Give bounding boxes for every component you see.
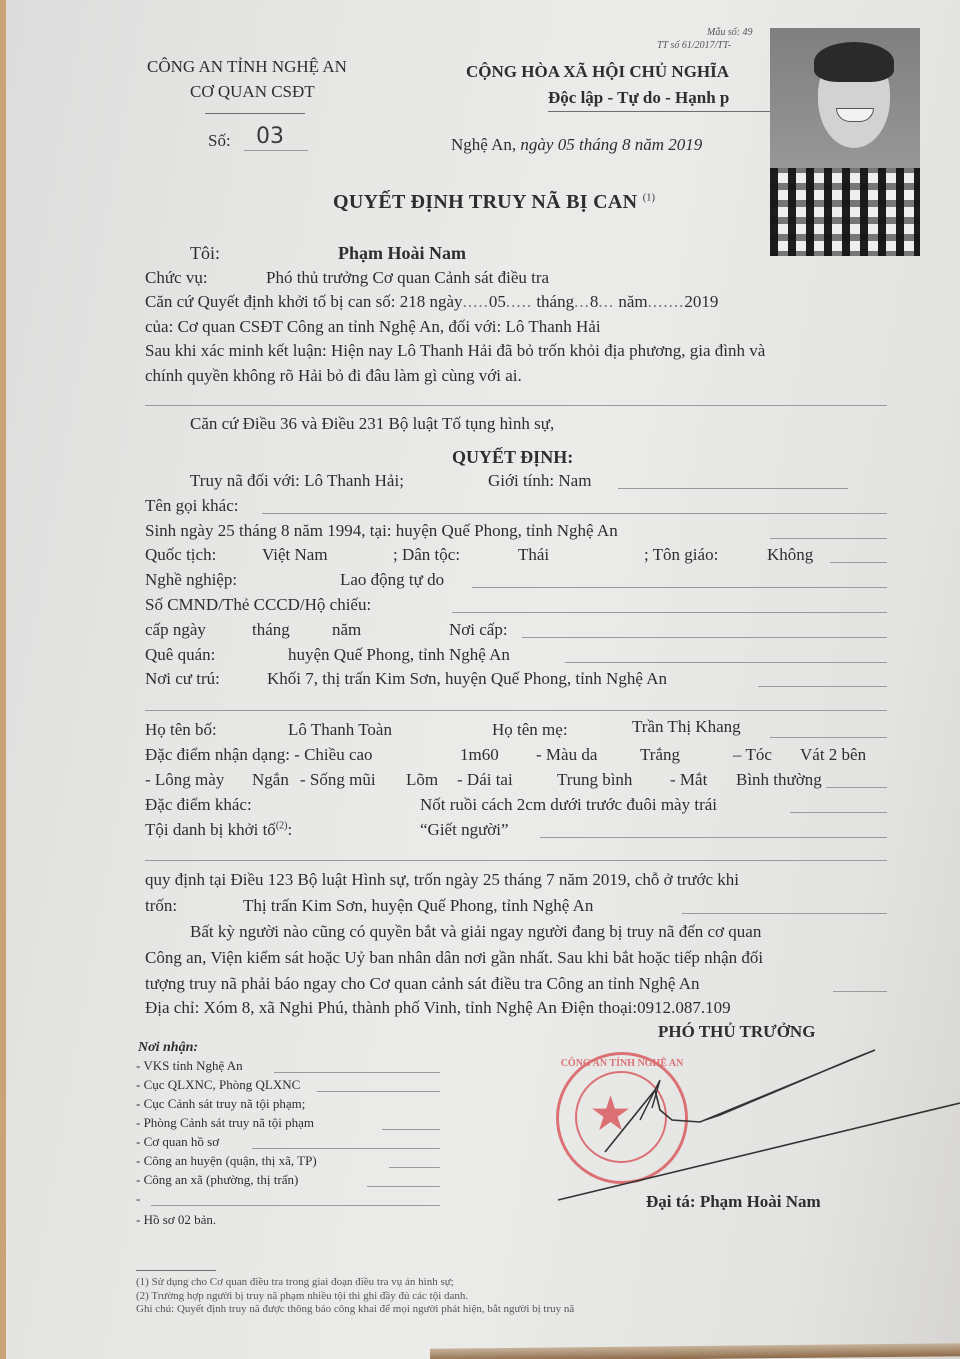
hometown-value: huyện Quế Phong, tỉnh Nghệ An <box>288 645 510 665</box>
date-place: Nghệ An, <box>451 135 516 154</box>
law-line: quy định tại Điều 123 Bộ luật Hình sự, t… <box>145 870 739 890</box>
birth-line: Sinh ngày 25 tháng 8 năm 1994, tại: huyệ… <box>145 521 618 541</box>
gender-fill-line <box>618 488 848 489</box>
ident-label: Đặc điểm nhận dạng: - Chiều cao <box>145 745 373 765</box>
issue-day-label: cấp ngày <box>145 620 206 640</box>
notice-fill-line <box>833 991 887 992</box>
document-number-value: 03 <box>256 124 284 149</box>
agency-line-2: CƠ QUAN CSĐT <box>190 82 315 102</box>
recipient-fill-line <box>367 1186 440 1187</box>
issuer-label: Tôi: <box>190 243 220 264</box>
charge-value: “Giết người” <box>420 820 509 840</box>
suspect-photo <box>770 28 920 256</box>
document-number-label: Số: <box>208 131 231 151</box>
gender-field: Giới tính: Nam <box>488 471 591 491</box>
alias-fill-line <box>262 513 887 514</box>
header-divider-right <box>548 111 770 112</box>
address-line: Địa chỉ: Xóm 8, xã Nghi Phú, thành phố V… <box>145 998 731 1018</box>
mother-label: Họ tên mẹ: <box>492 720 568 740</box>
brow-value: Ngắn <box>252 770 289 790</box>
recipient-item: - Công an xã (phường, thị trấn) <box>136 1172 298 1188</box>
hair-label: – Tóc <box>733 745 772 765</box>
birth-day: 25 <box>218 521 235 540</box>
issuer-name: Phạm Hoài Nam <box>338 243 466 264</box>
signature-title: PHÓ THỦ TRƯỞNG <box>658 1022 815 1042</box>
footnote-divider <box>136 1270 216 1271</box>
birth-month: 8 <box>281 521 290 540</box>
verify-line-2: chính quyền không rõ Hải bỏ đi đâu làm g… <box>145 366 522 386</box>
id-label: Số CMND/Thẻ CCCD/Hộ chiếu: <box>145 595 371 615</box>
basis-day: 05 <box>489 292 506 311</box>
ethnicity-label: ; Dân tộc: <box>393 545 460 565</box>
issue-month-label: tháng <box>252 620 290 640</box>
blank-line-2 <box>145 710 887 711</box>
legal-basis: Căn cứ Điều 36 và Điều 231 Bộ luật Tố tụ… <box>190 414 554 434</box>
form-code-line-1: Mẫu số: 49 <box>707 27 753 38</box>
republic-line-1: CỘNG HÒA XÃ HỘI CHỦ NGHĨA <box>466 62 729 82</box>
birth-day-label: Sinh ngày <box>145 521 213 540</box>
position-label: Chức vụ: <box>145 268 208 288</box>
notice-line-1: Bất kỳ người nào cũng có quyền bắt và gi… <box>190 922 761 942</box>
religion-value: Không <box>767 545 813 565</box>
residence-value: Khối 7, thị trấn Kim Sơn, huyện Quế Phon… <box>267 669 667 689</box>
basis-year-label: năm <box>618 292 647 311</box>
birth-fill-line <box>770 538 887 539</box>
religion-label: ; Tôn giáo: <box>644 545 718 565</box>
hair-value: Vát 2 bên <box>800 745 866 765</box>
title-superscript: (1) <box>643 192 656 203</box>
issue-place-label: Nơi cấp: <box>449 620 508 640</box>
charge-colon: : <box>287 820 292 839</box>
recipient-fill-line <box>389 1167 440 1168</box>
eye-fill-line <box>826 787 887 788</box>
notice-line-2: Công an, Viện kiểm sát hoặc Uỷ ban nhân … <box>145 948 763 968</box>
basis-line: Căn cứ Quyết định khởi tố bị can số: 218… <box>145 292 718 312</box>
footnote-item: (2) Trường hợp người bị truy nã phạm nhi… <box>136 1290 468 1302</box>
recipient-fill-line <box>317 1091 440 1092</box>
date-text: ngày 05 tháng 8 năm 2019 <box>520 135 702 154</box>
occupation-value: Lao động tự do <box>340 570 444 590</box>
notice-line-3: tượng truy nã phải báo ngay cho Cơ quan … <box>145 974 700 994</box>
signer-name: Đại tá: Phạm Hoài Nam <box>646 1192 821 1212</box>
father-value: Lô Thanh Toàn <box>288 720 392 740</box>
other-value: Nốt ruồi cách 2cm dưới trước đuôi mày tr… <box>420 795 717 815</box>
other-fill-line <box>790 812 887 813</box>
escape-fill-line <box>682 913 887 914</box>
residence-fill-line <box>758 686 887 687</box>
skin-value: Trắng <box>640 745 680 765</box>
ear-label: - Dái tai <box>457 770 513 790</box>
recipient-fill-line <box>252 1148 440 1149</box>
basis-day-label: ngày <box>430 292 463 311</box>
eye-value: Bình thường <box>736 770 822 790</box>
blank-line-3 <box>145 860 887 861</box>
birth-place: tại: huyện Quế Phong, tỉnh Nghệ An <box>370 521 618 540</box>
height-value: 1m60 <box>460 745 499 765</box>
recipient-fill-line <box>274 1072 440 1073</box>
charge-label-text: Tội danh bị khởi tố <box>145 820 276 839</box>
gender-label: Giới tính: <box>488 471 554 490</box>
recipient-item: - Hồ sơ 02 bản. <box>136 1212 216 1228</box>
eye-label: - Mắt <box>670 770 707 790</box>
charge-superscript: (2) <box>276 820 288 831</box>
occupation-label: Nghề nghiệp: <box>145 570 237 590</box>
blank-line <box>145 405 887 406</box>
basis-month-label: tháng <box>536 292 574 311</box>
alias-label: Tên gọi khác: <box>145 496 238 516</box>
nationality-value: Việt Nam <box>262 545 328 565</box>
mother-fill-line <box>770 737 887 738</box>
footnote-item: Ghi chú: Quyết định truy nã được thông b… <box>136 1303 574 1315</box>
birth-year: năm 1994, <box>294 521 366 540</box>
agency-line-1: CÔNG AN TỈNH NGHỆ AN <box>147 57 347 77</box>
skin-label: - Màu da <box>536 745 597 765</box>
official-stamp: CÔNG AN TỈNH NGHỆ AN ★ <box>556 1052 688 1184</box>
basis-label: Căn cứ Quyết định khởi tố bị can số: <box>145 292 396 311</box>
nose-label: - Sống mũi <box>300 770 376 790</box>
recipient-item: - <box>136 1191 140 1207</box>
document-date: Nghệ An, ngày 05 tháng 8 năm 2019 <box>451 135 702 155</box>
hometown-fill-line <box>565 662 887 663</box>
father-label: Họ tên bố: <box>145 720 217 740</box>
hometown-label: Quê quán: <box>145 645 215 665</box>
number-fill-line <box>244 150 308 151</box>
recipient-item: - Phòng Cảnh sát truy nã tội phạm <box>136 1115 314 1131</box>
recipient-item: - Cơ quan hồ sơ <box>136 1134 219 1150</box>
birth-month-label: tháng <box>239 521 277 540</box>
recipient-fill-line <box>382 1129 440 1130</box>
title-text: QUYẾT ĐỊNH TRUY NÃ BỊ CAN <box>333 191 637 213</box>
charge-fill-line <box>540 837 887 838</box>
issue-year-label: năm <box>332 620 361 640</box>
charge-label: Tội danh bị khởi tố(2): <box>145 820 292 840</box>
religion-fill-line <box>830 562 887 563</box>
escape-value: Thị trấn Kim Sơn, huyện Quế Phong, tỉnh … <box>243 896 593 916</box>
footnote-item: (1) Sử dụng cho Cơ quan điều tra trong g… <box>136 1276 454 1288</box>
document-title: QUYẾT ĐỊNH TRUY NÃ BỊ CAN (1) <box>333 191 655 214</box>
ethnicity-value: Thái <box>518 545 549 565</box>
nose-value: Lõm <box>406 770 438 790</box>
stamp-text: CÔNG AN TỈNH NGHỆ AN <box>559 1058 685 1069</box>
header-divider-left <box>205 113 305 114</box>
ear-value: Trung bình <box>557 770 632 790</box>
issue-place-fill-line <box>522 637 887 638</box>
gender-value: Nam <box>558 471 591 490</box>
recipient-item: - VKS tỉnh Nghệ An <box>136 1058 243 1074</box>
basis-year: 2019 <box>684 292 718 311</box>
form-code-line-2: TT số 61/2017/TT- <box>657 40 731 51</box>
decision-heading: QUYẾT ĐỊNH: <box>452 447 573 468</box>
residence-label: Nơi cư trú: <box>145 669 220 689</box>
escape-label: trốn: <box>145 896 177 916</box>
verify-line-1: Sau khi xác minh kết luận: Hiện nay Lô T… <box>145 341 765 361</box>
recipient-item: - Công an huyện (quận, thị xã, TP) <box>136 1153 317 1169</box>
star-icon: ★ <box>589 1091 632 1139</box>
mother-value: Trần Thị Khang <box>632 717 741 737</box>
recipients-heading: Nơi nhận: <box>138 1040 198 1056</box>
occupation-fill-line <box>472 587 887 588</box>
wanted-line: Truy nã đối với: Lô Thanh Hải; <box>190 471 404 491</box>
basis-number: 218 <box>400 292 426 311</box>
recipient-fill-line <box>151 1205 440 1206</box>
position-value: Phó thủ trưởng Cơ quan Cảnh sát điều tra <box>266 268 549 288</box>
recipient-item: - Cục Cảnh sát truy nã tội phạm; <box>136 1096 305 1112</box>
brow-label: - Lông mày <box>145 770 224 790</box>
republic-line-2: Độc lập - Tự do - Hạnh p <box>548 88 729 108</box>
id-fill-line <box>452 612 887 613</box>
other-label: Đặc điểm khác: <box>145 795 252 815</box>
nationality-label: Quốc tịch: <box>145 545 216 565</box>
recipient-item: - Cục QLXNC, Phòng QLXNC <box>136 1077 300 1093</box>
of-line: của: Cơ quan CSĐT Công an tỉnh Nghệ An, … <box>145 317 601 337</box>
